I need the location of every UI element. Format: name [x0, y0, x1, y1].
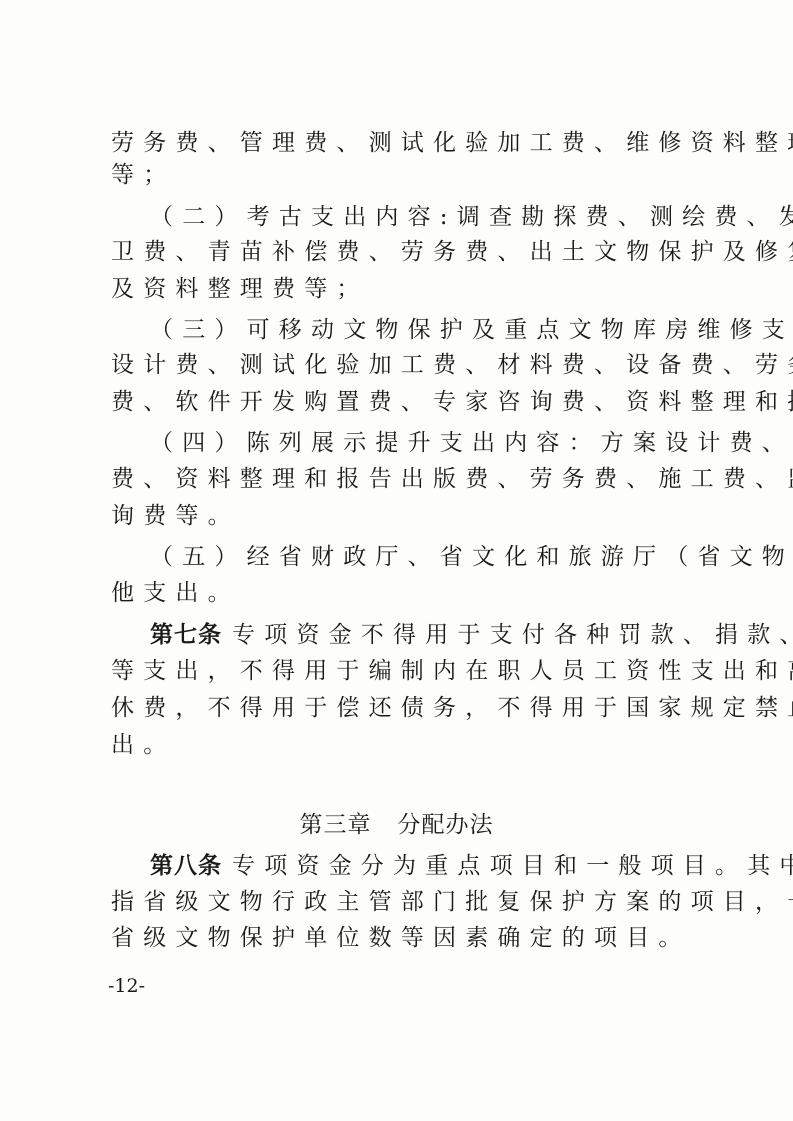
text-line: 指省级文物行政主管部门批复保护方案的项目，一般项目指根据	[111, 885, 701, 919]
text-line: 设计费、测试化验加工费、材料费、设备费、劳务费、评估测试	[111, 348, 701, 382]
text-line: 卫费、青苗补偿费、劳务费、出土文物保护及修复费、报告出版	[111, 235, 701, 269]
text-line: 等支出，不得用于编制内在职人员工资性支出和离退休人员离退	[111, 654, 701, 688]
article-label: 第八条	[150, 853, 222, 879]
text-span: 专项资金分为重点项目和一般项目。其中，重点项目	[232, 853, 793, 879]
article-label: 第七条	[150, 622, 222, 648]
chapter-number: 第三章	[300, 812, 372, 838]
text-line: 劳务费、管理费、测试化验加工费、维修资料整理和报告出版费	[111, 126, 701, 160]
page-number: -12-	[108, 972, 145, 1000]
text-line: 出。	[111, 728, 701, 762]
text-line: 等；	[111, 158, 701, 192]
text-line: 费、软件开发购置费、专家咨询费、资料整理和报告出版费等。	[111, 385, 701, 419]
text-line: 费、资料整理和报告出版费、劳务费、施工费、监理费、专家咨	[111, 462, 701, 496]
text-line: 他支出。	[111, 576, 701, 610]
article-8-line: 第八条专项资金分为重点项目和一般项目。其中，重点项目	[150, 849, 740, 883]
text-line: 及资料整理费等；	[111, 272, 701, 306]
text-line: （五）经省财政厅、省文化和旅游厅（省文物局）批准的其	[150, 540, 740, 574]
article-7-line: 第七条专项资金不得用于支付各种罚款、捐款、赞助、投资	[150, 618, 740, 652]
text-line: 询费等。	[111, 499, 701, 533]
document-page: 劳务费、管理费、测试化验加工费、维修资料整理和报告出版费 等； （二）考古支出内…	[0, 0, 793, 1121]
text-line: 休费，不得用于偿还债务，不得用于国家规定禁止列支的其他支	[111, 691, 701, 725]
text-line: 省级文物保护单位数等因素确定的项目。	[111, 921, 701, 955]
text-line: （三）可移动文物保护及重点文物库房维修支出内容：方案	[150, 313, 740, 347]
text-span: 专项资金不得用于支付各种罚款、捐款、赞助、投资	[232, 622, 793, 648]
text-line: （二）考古支出内容:调查勘探费、测绘费、发掘现场安全保	[150, 200, 740, 234]
chapter-title: 分配办法	[398, 812, 494, 838]
chapter-heading: 第三章分配办法	[0, 808, 793, 842]
text-line: （四）陈列展示提升支出内容：方案设计费、材料费、设备	[150, 426, 740, 460]
